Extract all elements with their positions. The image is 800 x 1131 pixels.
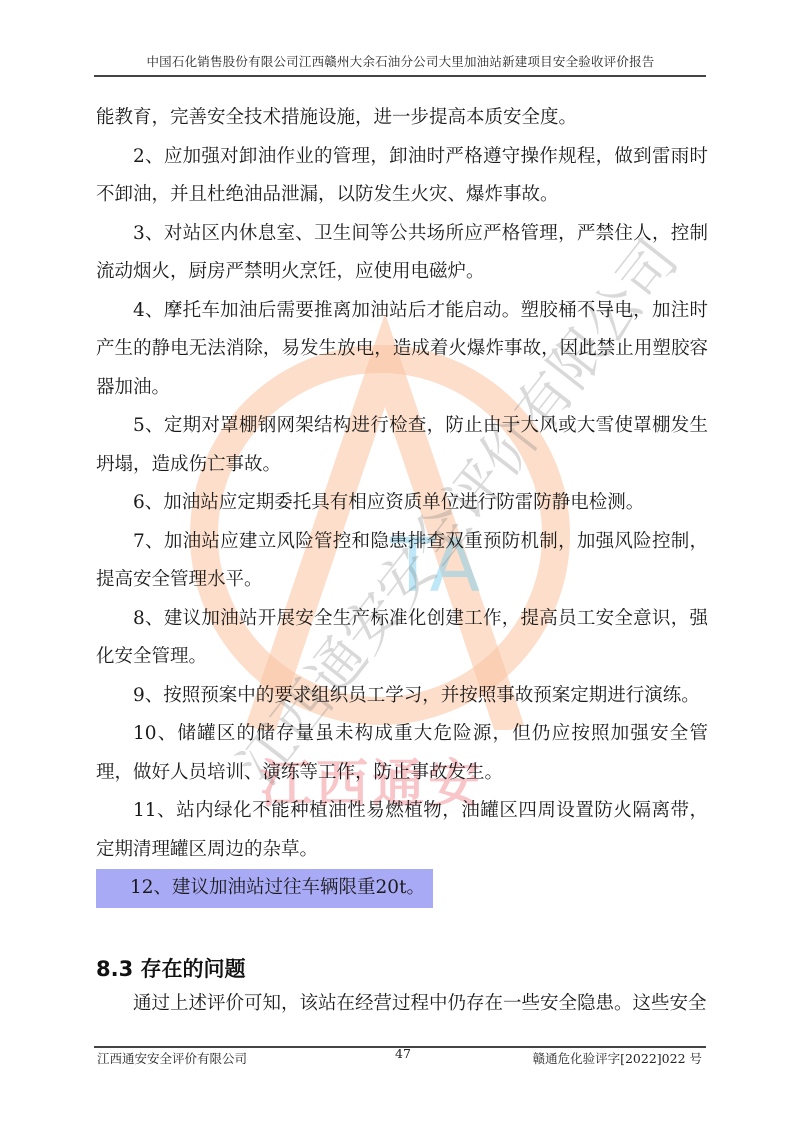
list-item-3: 3、对站区内休息室、卫生间等公共场所应严格管理，严禁住人，控制流动烟火，厨房严禁… (96, 215, 708, 292)
section-heading: 8.3 存在的问题 (96, 953, 246, 983)
page-header-title: 中国石化销售股份有限公司江西赣州大余石油分公司大里加油站新建项目安全验收评价报告 (97, 52, 704, 70)
list-item-12-highlighted: 12、建议加油站过往车辆限重20t。 (96, 869, 433, 908)
header-divider (94, 75, 706, 77)
page-number: 47 (395, 1046, 411, 1061)
list-item-12-row: 12、建议加油站过往车辆限重20t。 (96, 869, 708, 908)
list-item-9: 9、按照预案中的要求组织员工学习，并按照事故预案定期进行演练。 (96, 677, 708, 716)
list-item-10: 10、储罐区的储存量虽未构成重大危险源，但仍应按照加强安全管理，做好人员培训、演… (96, 715, 708, 792)
paragraph-continuation: 能教育，完善安全技术措施设施，进一步提高本质安全度。 (96, 99, 708, 138)
list-item-2: 2、应加强对卸油作业的管理，卸油时严格遵守操作规程，做到雷雨时不卸油，并且杜绝油… (96, 138, 708, 215)
list-item-4: 4、摩托车加油后需要推离加油站后才能启动。塑胶桶不导电，加注时产生的静电无法消除… (96, 292, 708, 408)
section-intro-text: 通过上述评价可知，该站在经营过程中仍存在一些安全隐患。这些安全 (96, 985, 708, 1023)
footer-document-number: 赣通危化验评字[2022]022 号 (533, 1049, 702, 1067)
list-item-8: 8、建议加油站开展安全生产标准化创建工作，提高员工安全意识，强化安全管理。 (96, 600, 708, 677)
list-item-11: 11、站内绿化不能种植油性易燃植物，油罐区四周设置防火隔离带，定期清理罐区周边的… (96, 792, 708, 869)
list-item-7: 7、加油站应建立风险管控和隐患排查双重预防机制，加强风险控制，提高安全管理水平。 (96, 523, 708, 600)
document-page: TA 江西通安安全评价有限公司 江西通安 中国石化销售股份有限公司江西赣州大余石… (0, 0, 800, 1131)
list-item-6: 6、加油站应定期委托具有相应资质单位进行防雷防静电检测。 (96, 484, 708, 523)
document-body: 能教育，完善安全技术措施设施，进一步提高本质安全度。 2、应加强对卸油作业的管理… (96, 99, 708, 908)
footer-company: 江西通安安全评价有限公司 (97, 1049, 247, 1067)
list-item-5: 5、定期对罩棚钢网架结构进行检查，防止由于大风或大雪使罩棚发生坍塌，造成伤亡事故… (96, 407, 708, 484)
